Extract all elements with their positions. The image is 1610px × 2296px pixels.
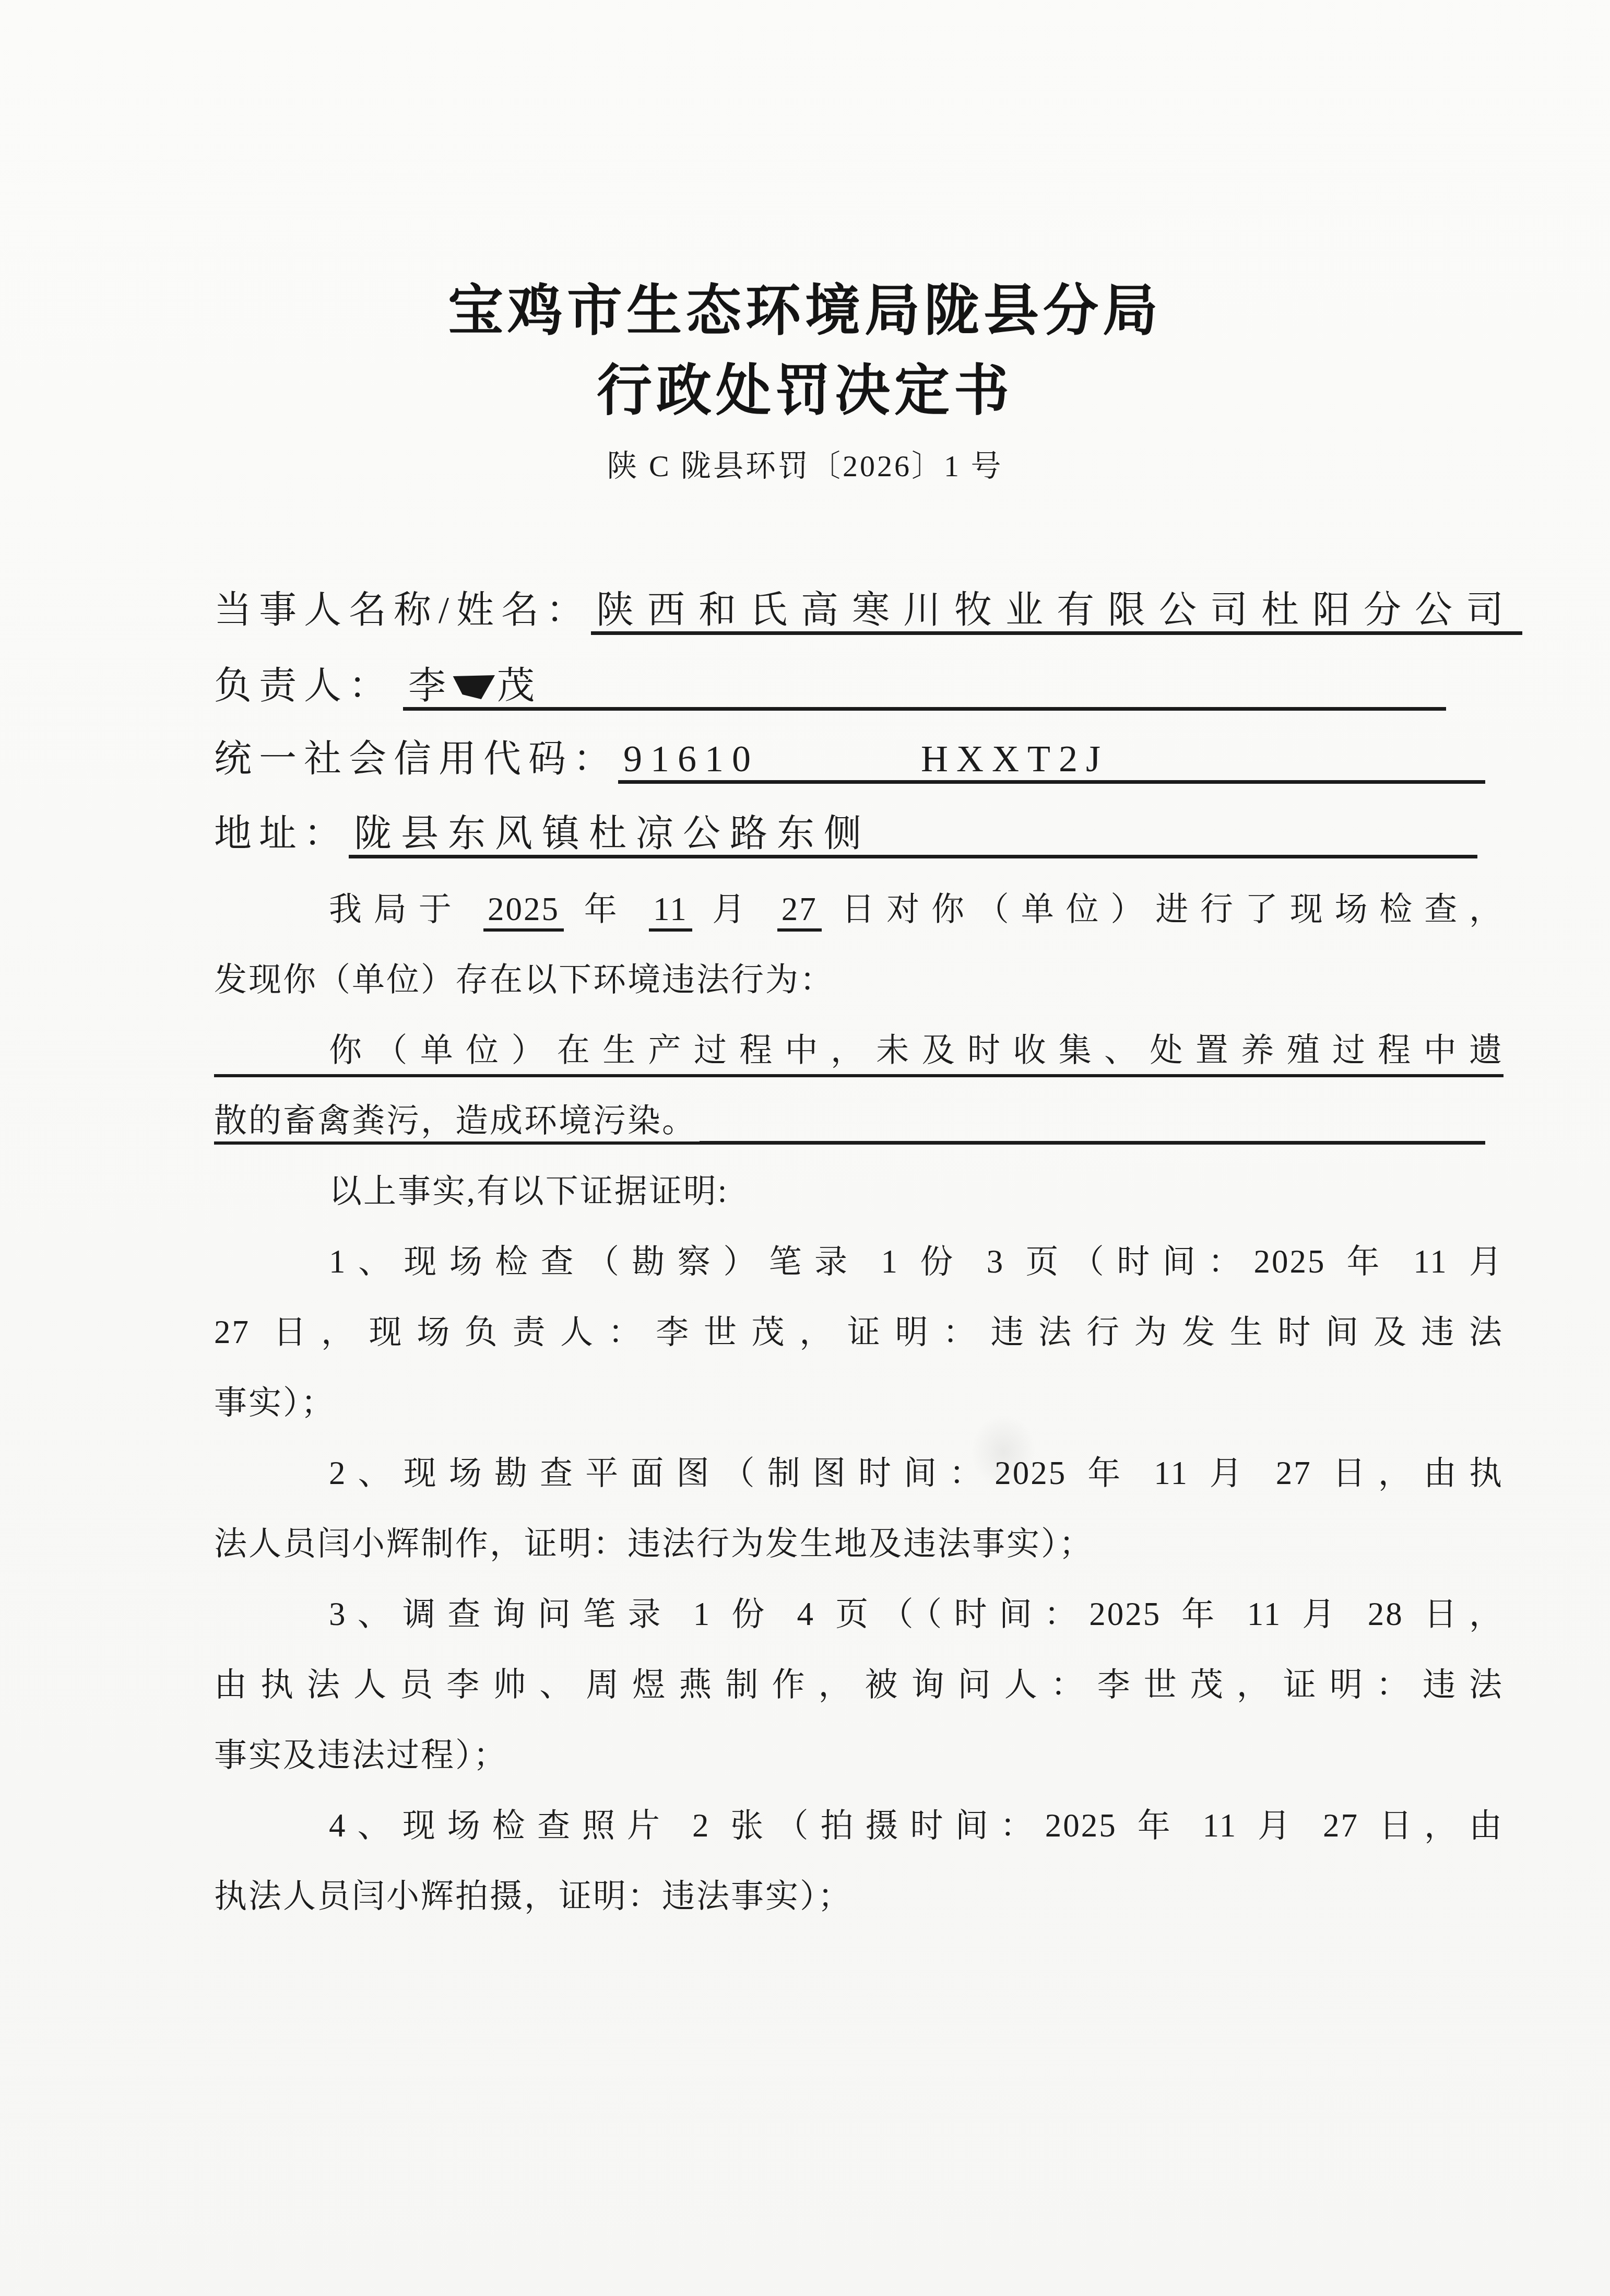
principal-givenname: 茂 <box>497 665 540 707</box>
field-credit-code-value: 91610HXXT2J <box>618 734 1114 784</box>
field-principal-value: 李茂 <box>403 661 545 711</box>
inspection-month: 11 <box>649 891 692 932</box>
body-line-evidence-intro: 以上事实,有以下证据证明: <box>214 1167 1504 1215</box>
underline-extension <box>876 808 1477 858</box>
evidence-line-4: 2、现场勘查平面图（制图时间：2025 年 11 月 27 日，由执 <box>214 1449 1504 1497</box>
inspection-day: 27 <box>777 891 822 932</box>
field-party-label: 当事人名称/姓名： <box>214 585 591 635</box>
field-address: 地址： 陇县东风镇杜凉公路东侧 <box>214 808 1504 858</box>
underline-extension <box>1114 734 1485 784</box>
document-number: 陕 C 陇县环罚〔2026〕1 号 <box>0 441 1610 485</box>
field-credit-code: 统一社会信用代码： 91610HXXT2J <box>214 734 1504 784</box>
body-line-found: 发现你（单位）存在以下环境违法行为： <box>214 956 1504 1004</box>
field-principal: 负责人： 李茂 <box>214 661 1504 711</box>
evidence-line-6: 3、调查询问笔录 1 份 4 页（（时间：2025 年 11 月 28 日， <box>214 1590 1504 1638</box>
body-line-violation-2: 散的畜禽粪污，造成环境污染。 <box>214 1097 1504 1145</box>
field-credit-code-label: 统一社会信用代码： <box>214 734 618 784</box>
field-principal-label: 负责人： <box>214 661 394 711</box>
scanned-document-page: 宝鸡市生态环境局陇县分局 行政处罚决定书 陕 C 陇县环罚〔2026〕1 号 当… <box>0 0 1610 2296</box>
principal-surname: 李 <box>408 665 451 707</box>
inspection-pre: 我局于 <box>329 891 483 927</box>
field-address-value: 陇县东风镇杜凉公路东侧 <box>349 808 876 858</box>
evidence-line-7: 由执法人员李帅、周煜燕制作，被询问人：李世茂，证明：违法 <box>214 1661 1504 1709</box>
evidence-line-10: 执法人员闫小辉拍摄，证明：违法事实）； <box>214 1872 1504 1920</box>
evidence-line-9: 4、现场检查照片 2 张（拍摄时间：2025 年 11 月 27 日，由 <box>214 1802 1504 1850</box>
document-title-line2: 行政处罚决定书 <box>0 346 1610 426</box>
body-line-inspection: 我局于 2025 年 11 月 27 日对你（单位）进行了现场检查， <box>214 885 1504 933</box>
violation-2-text: 散的畜禽粪污，造成环境污染。 <box>214 1097 700 1145</box>
credit-code-right: HXXT2J <box>921 738 1109 780</box>
field-party-value: 陕西和氏高寒川牧业有限公司杜阳分公司 <box>591 585 1522 635</box>
document-title-line1: 宝鸡市生态环境局陇县分局 <box>0 266 1610 346</box>
underline-extension <box>700 1097 1485 1145</box>
credit-code-left: 91610 <box>623 738 759 780</box>
evidence-line-8: 事实及违法过程）； <box>214 1731 1504 1779</box>
evidence-line-3: 事实）； <box>214 1379 1504 1427</box>
redaction-mark <box>452 675 495 701</box>
field-address-label: 地址： <box>214 808 349 858</box>
inspection-sep1: 年 <box>564 891 649 927</box>
underline-extension <box>545 661 1446 711</box>
evidence-line-2: 27 日，现场负责人：李世茂，证明：违法行为发生时间及违法 <box>214 1308 1504 1356</box>
inspection-post: 日对你（单位）进行了现场检查， <box>822 891 1504 927</box>
inspection-sep2: 月 <box>692 891 777 927</box>
evidence-line-5: 法人员闫小辉制作，证明：违法行为发生地及违法事实）； <box>214 1520 1504 1568</box>
body-line-violation-1: 你（单位）在生产过程中，未及时收集、处置养殖过程中遗 <box>214 1026 1504 1077</box>
field-party-name: 当事人名称/姓名： 陕西和氏高寒川牧业有限公司杜阳分公司 <box>214 585 1504 635</box>
inspection-year: 2025 <box>483 891 564 932</box>
evidence-line-1: 1、现场检查（勘察）笔录 1 份 3 页（时间：2025 年 11 月 <box>214 1238 1504 1286</box>
